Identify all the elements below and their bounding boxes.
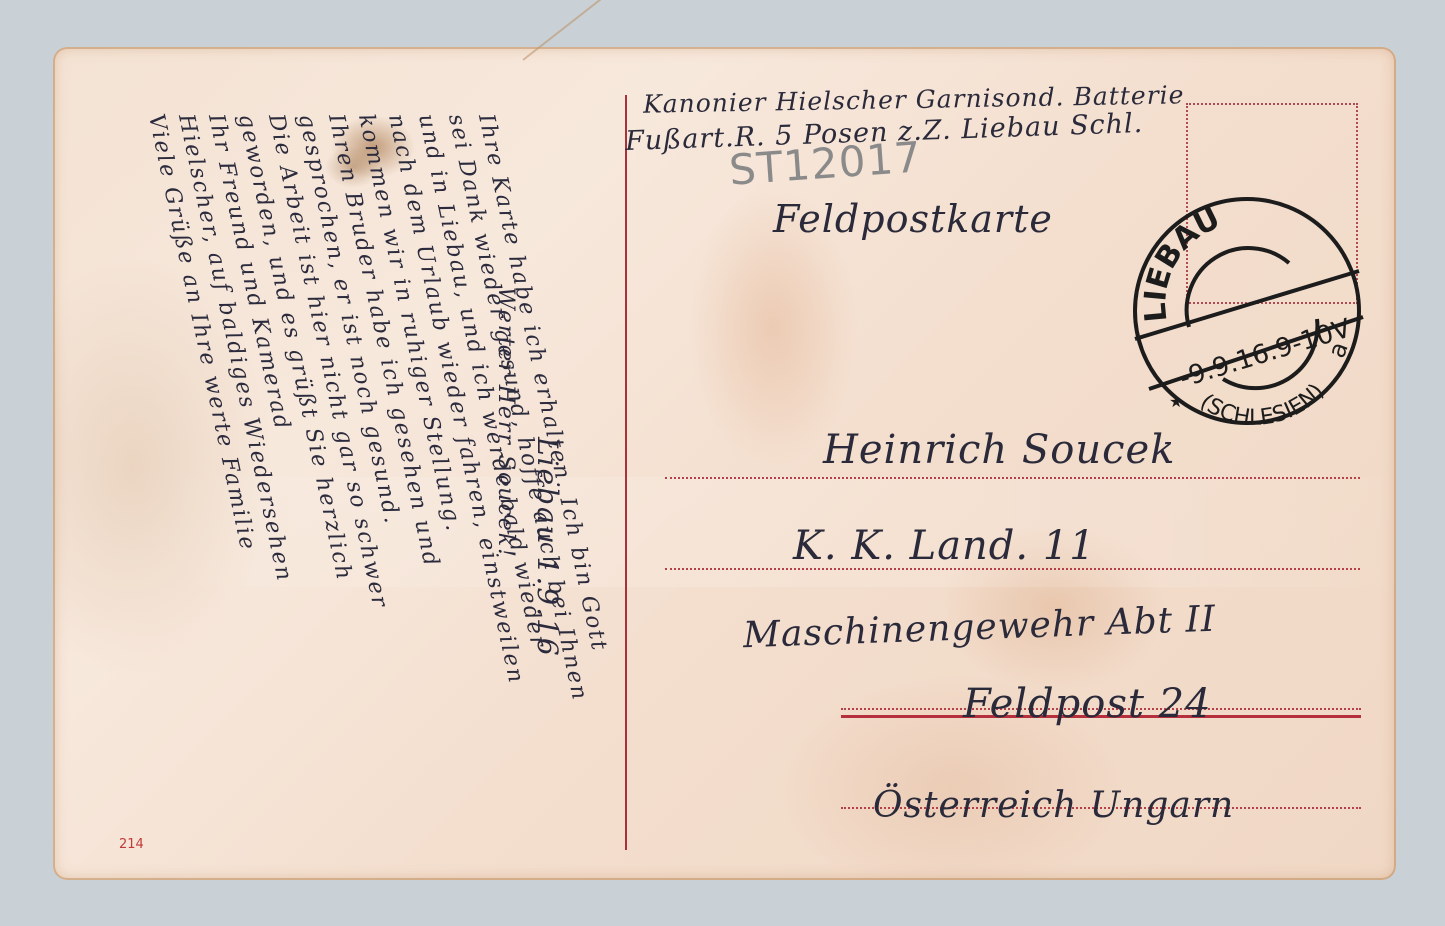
address-line-3: Maschinengewehr Abt II — [742, 599, 1216, 656]
address-rule-1 — [665, 477, 1360, 479]
address-line-5: Österreich Ungarn — [873, 785, 1234, 826]
center-divider-line — [625, 95, 627, 850]
corner-crease — [522, 0, 618, 61]
card-title: Feldpostkarte — [773, 197, 1053, 241]
address-line-1: Heinrich Soucek — [823, 427, 1175, 473]
postcard: Ihre Karte habe ich erhalten. Ich bin Go… — [53, 47, 1396, 880]
svg-text:LIEBAU: LIEBAU — [1138, 201, 1226, 324]
printer-mark: 214 — [119, 837, 144, 852]
postmark-cancel: LIEBAU -9.9.16.9-10V (SCHLESIEN) ★ a — [1127, 191, 1367, 431]
message-greeting: Werter Herr Soucek! — [493, 287, 518, 559]
message-place-date: Liebau 1.9.16 — [531, 437, 564, 658]
postmark-town: LIEBAU — [1138, 201, 1226, 324]
postmark-star: ★ — [1169, 392, 1183, 411]
address-line-4: Feldpost 24 — [963, 681, 1212, 727]
address-line-2: K. K. Land. 11 — [793, 523, 1096, 569]
